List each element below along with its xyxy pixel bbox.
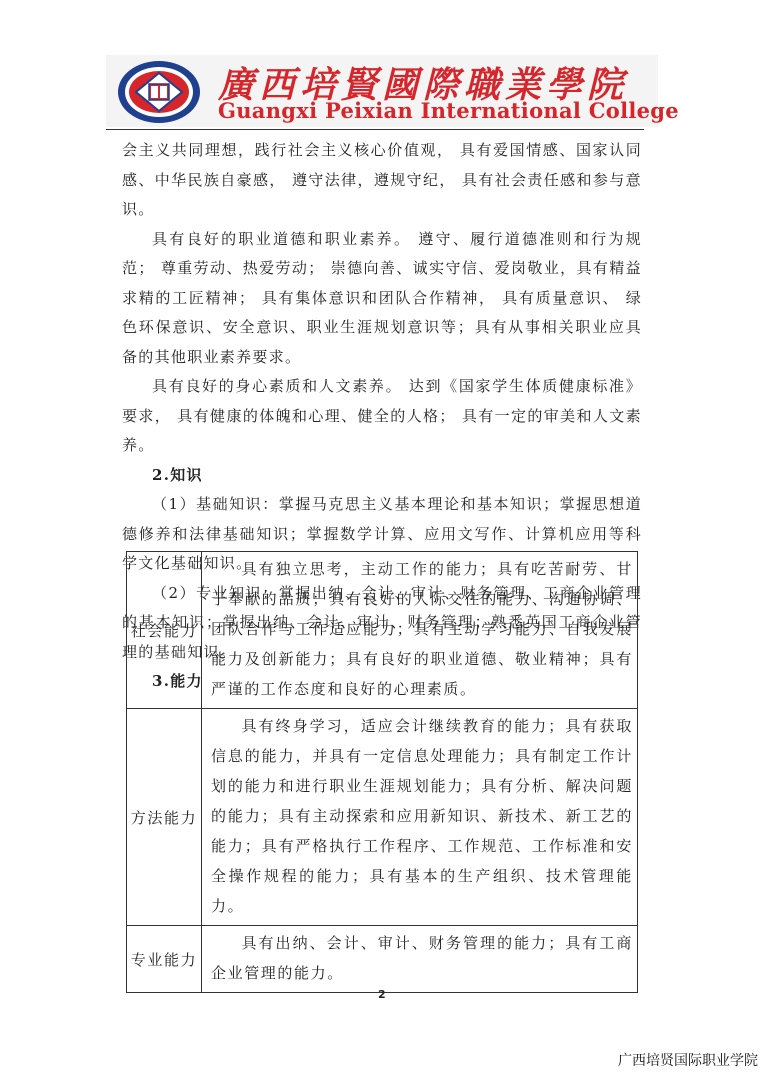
page-number: 2: [378, 988, 386, 1001]
ability-category: 专业能力: [127, 926, 202, 993]
table-row: 方法能力 具有终身学习，适应会计继续教育的能力；具有获取信息的能力，并具有一定信…: [127, 709, 638, 926]
table-row: 专业能力 具有出纳、会计、审计、财务管理的能力；具有工商企业管理的能力。: [127, 926, 638, 993]
paragraph-physical-mental: 具有良好的身心素质和人文素养。 达到《国家学生体质健康标准》要求， 具有健康的体…: [122, 372, 642, 461]
ability-description: 具有出纳、会计、审计、财务管理的能力；具有工商企业管理的能力。: [202, 926, 638, 993]
college-name-en: Guangxi Peixian International College: [218, 98, 679, 123]
abilities-table: 社会能力 具有独立思考，主动工作的能力；具有吃苦耐劳、甘于奉献的品质；具有良好的…: [126, 551, 638, 993]
header-divider: [106, 129, 644, 130]
college-emblem-icon: [116, 59, 202, 125]
ability-category: 方法能力: [127, 709, 202, 926]
college-header-banner: 廣西培賢國際職業學院 Guangxi Peixian International…: [106, 55, 658, 127]
table-row: 社会能力 具有独立思考，主动工作的能力；具有吃苦耐劳、甘于奉献的品质；具有良好的…: [127, 552, 638, 709]
footer-watermark: 广西培贤国际职业学院: [618, 1050, 758, 1070]
ability-description: 具有独立思考，主动工作的能力；具有吃苦耐劳、甘于奉献的品质；具有良好的人际交往的…: [202, 552, 638, 709]
paragraph-values: 会主义共同理想，践行社会主义核心价值观， 具有爱国情感、国家认同感、中华民族自豪…: [122, 136, 642, 225]
paragraph-professional-ethics: 具有良好的职业道德和职业素养。 遵守、履行道德准则和行为规范； 尊重劳动、热爱劳…: [122, 225, 642, 373]
section-heading-knowledge: 2.知识: [122, 461, 642, 491]
ability-category: 社会能力: [127, 552, 202, 709]
ability-description: 具有终身学习，适应会计继续教育的能力；具有获取信息的能力，并具有一定信息处理能力…: [202, 709, 638, 926]
